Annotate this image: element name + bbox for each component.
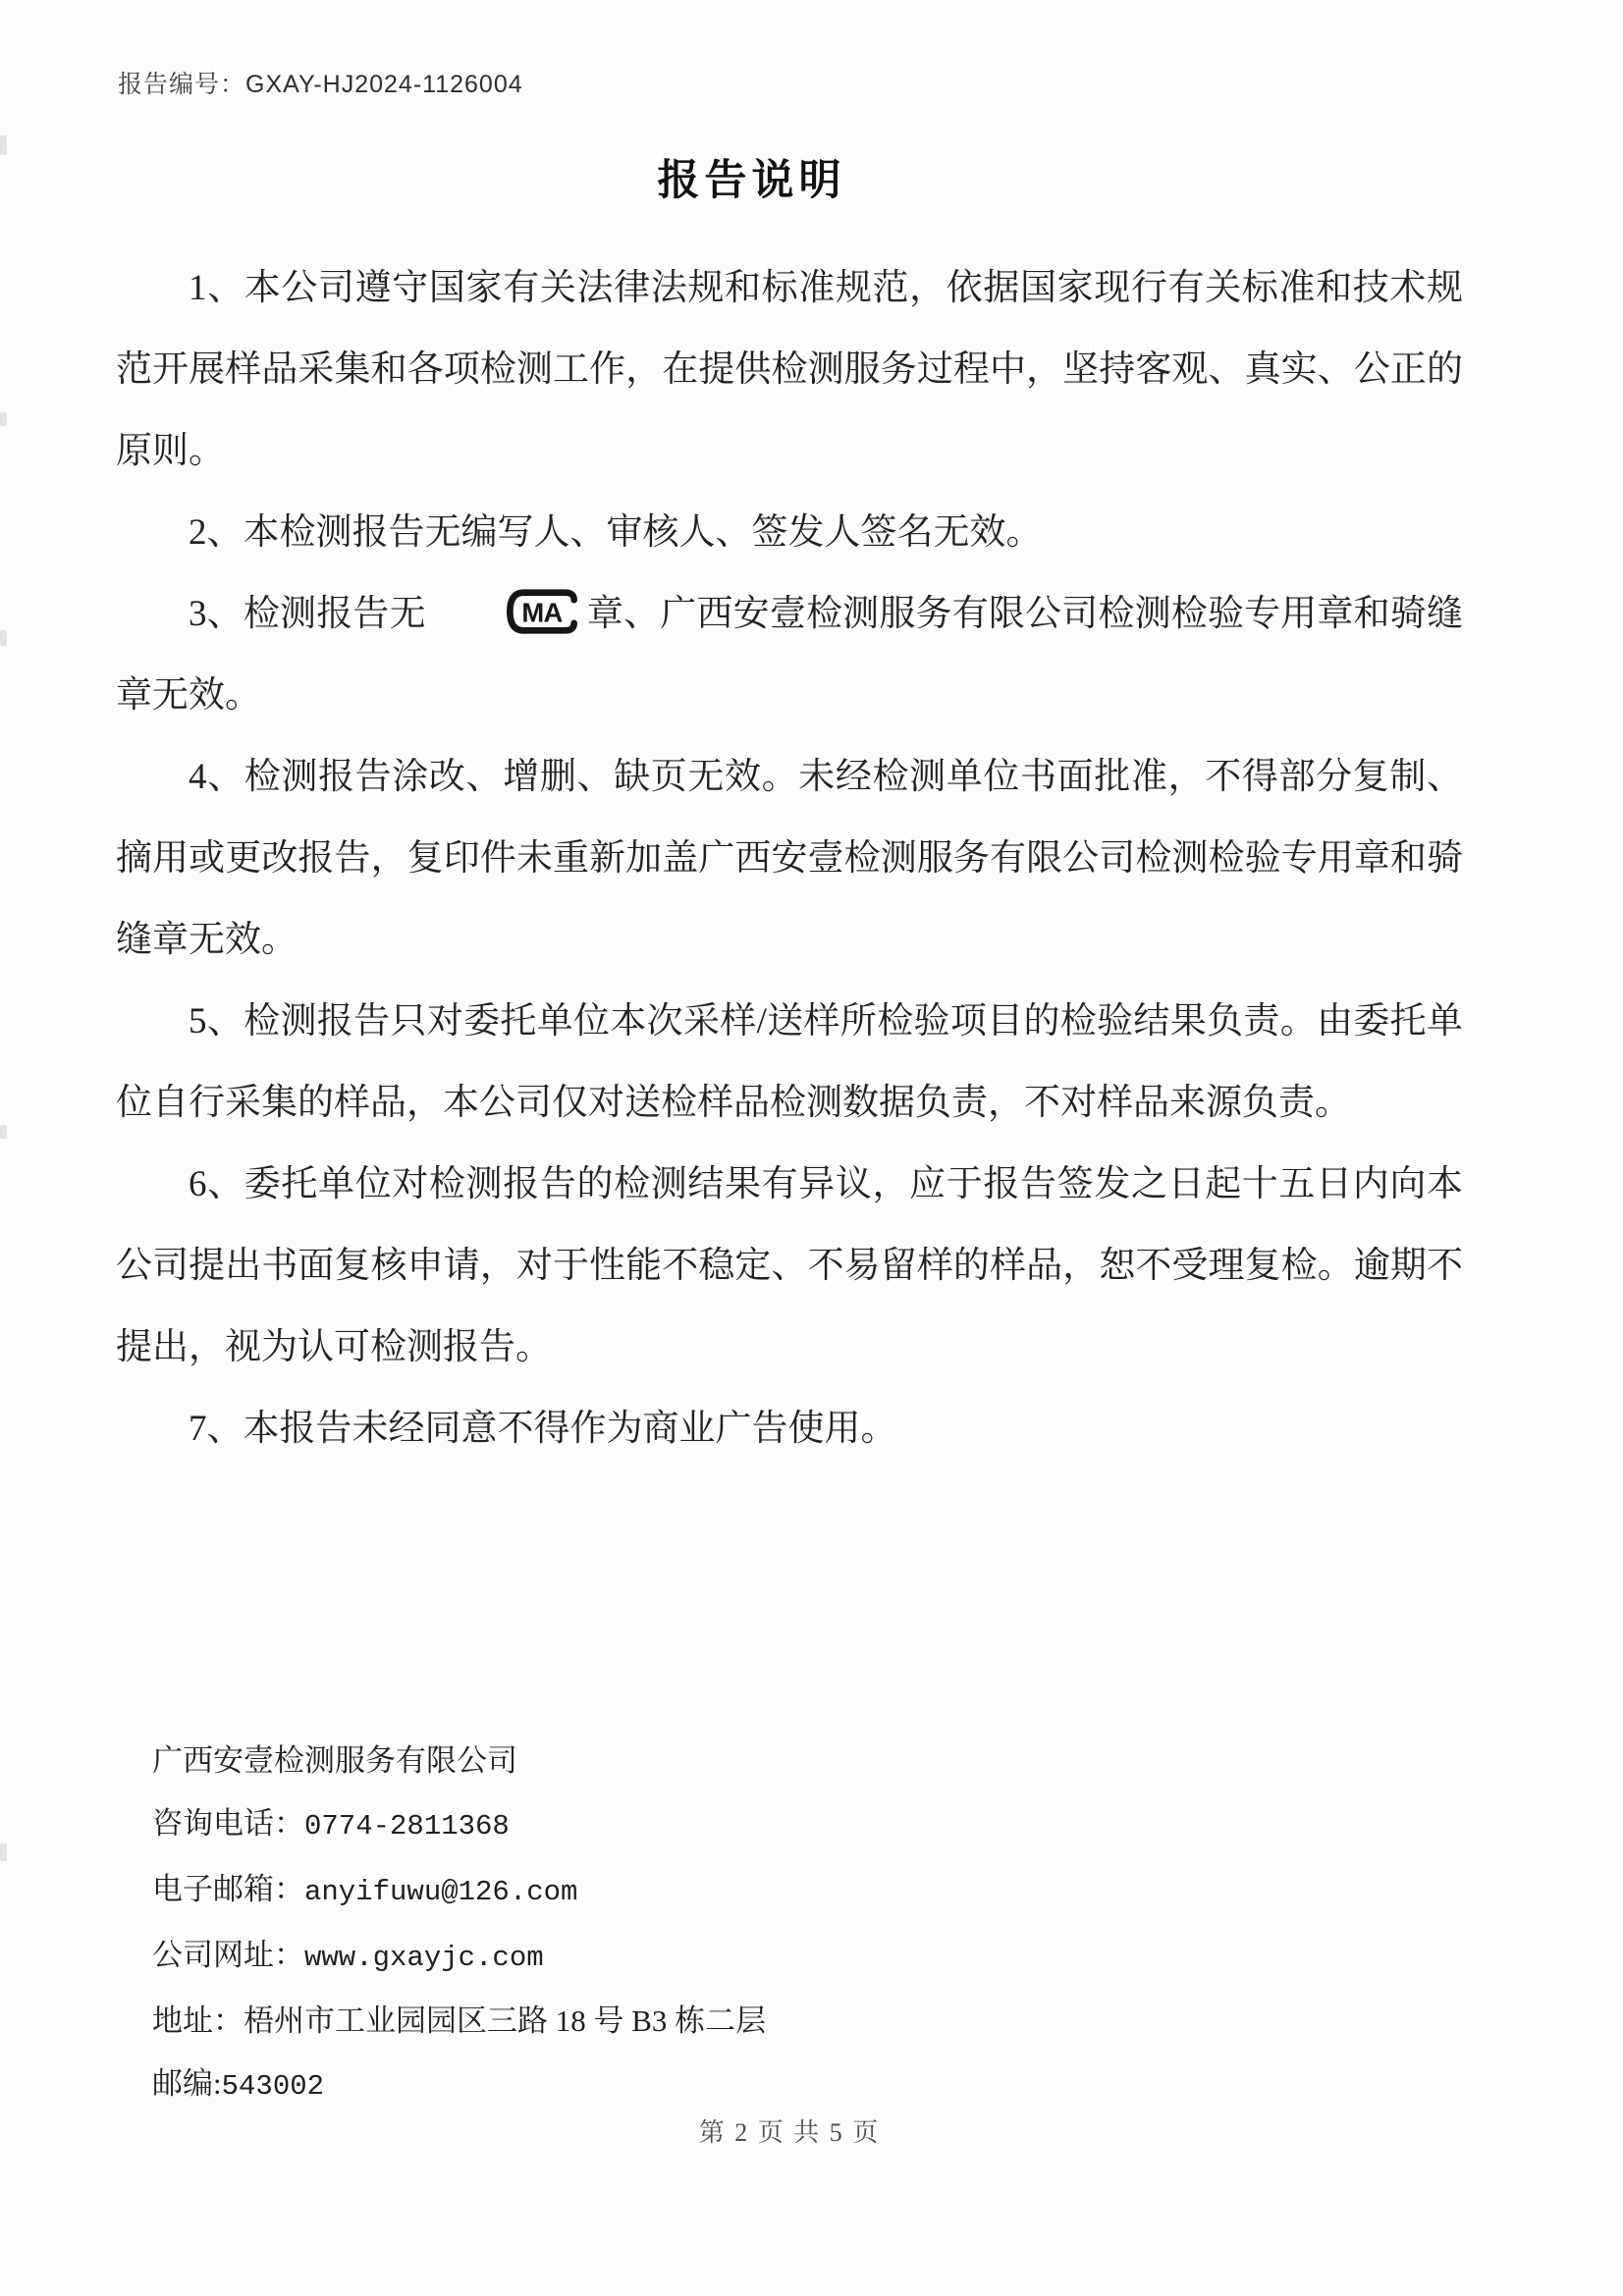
company-email: 电子邮箱：anyifuwu@126.com	[152, 1858, 766, 1924]
company-postcode-value: 543002	[222, 2070, 324, 2103]
company-phone-label: 咨询电话：	[152, 1806, 304, 1841]
company-postcode-label: 邮编:	[152, 2066, 222, 2101]
note-paragraph-4: 4、检测报告涂改、增删、缺页无效。未经检测单位书面批准，不得部分复制、摘用或更改…	[116, 736, 1463, 981]
company-phone-value: 0774-2811368	[304, 1810, 510, 1842]
company-address: 地址：梧州市工业园园区三路 18 号 B3 栋二层	[152, 1990, 766, 2053]
scan-artifact	[0, 412, 7, 426]
scan-artifact	[0, 1843, 7, 1861]
report-notes: 1、本公司遵守国家有关法律法规和标准规范，依据国家现行有关标准和技术规范开展样品…	[116, 247, 1463, 1469]
page-number-footer: 第 2 页 共 5 页	[116, 2112, 1463, 2149]
scan-artifact	[0, 1125, 7, 1139]
company-contact-block: 广西安壹检测服务有限公司 咨询电话：0774-2811368 电子邮箱：anyi…	[152, 1730, 766, 2118]
company-email-label: 电子邮箱：	[152, 1872, 304, 1906]
scanned-report-page: 报告编号：GXAY-HJ2024-1126004 报告说明 1、本公司遵守国家有…	[0, 0, 1623, 2296]
cma-stamp-text: MA	[521, 597, 563, 627]
note-paragraph-6: 6、委托单位对检测报告的检测结果有异议，应于报告签发之日起十五日内向本公司提出书…	[116, 1144, 1463, 1388]
note-paragraph-7: 7、本报告未经同意不得作为商业广告使用。	[116, 1388, 1463, 1469]
cma-stamp-icon: MA	[432, 589, 579, 634]
company-email-value: anyifuwu@126.com	[304, 1876, 577, 1908]
page-title: 报告说明	[116, 147, 1387, 207]
report-number-label: 报告编号：	[118, 72, 245, 98]
report-number-value: GXAY-HJ2024-1126004	[245, 71, 523, 98]
company-address-value: 梧州市工业园园区三路 18 号 B3 栋二层	[243, 2003, 766, 2038]
company-website: 公司网址：www.gxayjc.com	[152, 1924, 766, 1990]
company-website-label: 公司网址：	[152, 1938, 304, 1972]
note-paragraph-3: 3、检测报告无MA章、广西安壹检测服务有限公司检测检验专用章和骑缝章无效。	[116, 573, 1463, 736]
company-name: 广西安壹检测服务有限公司	[152, 1730, 766, 1792]
company-phone: 咨询电话：0774-2811368	[152, 1792, 766, 1858]
note-paragraph-1: 1、本公司遵守国家有关法律法规和标准规范，依据国家现行有关标准和技术规范开展样品…	[116, 247, 1463, 492]
note-paragraph-5: 5、检测报告只对委托单位本次采样/送样所检验项目的检验结果负责。由委托单位自行采…	[116, 981, 1463, 1144]
company-website-value: www.gxayjc.com	[304, 1942, 544, 1974]
scan-artifact	[0, 630, 7, 646]
report-number: 报告编号：GXAY-HJ2024-1126004	[118, 65, 523, 100]
scan-artifact	[0, 135, 7, 155]
note-paragraph-3-prefix: 3、检测报告无	[189, 594, 426, 634]
note-paragraph-2: 2、本检测报告无编写人、审核人、签发人签名无效。	[116, 492, 1463, 573]
company-postcode: 邮编:543002	[152, 2053, 766, 2118]
company-address-label: 地址：	[152, 2003, 243, 2038]
